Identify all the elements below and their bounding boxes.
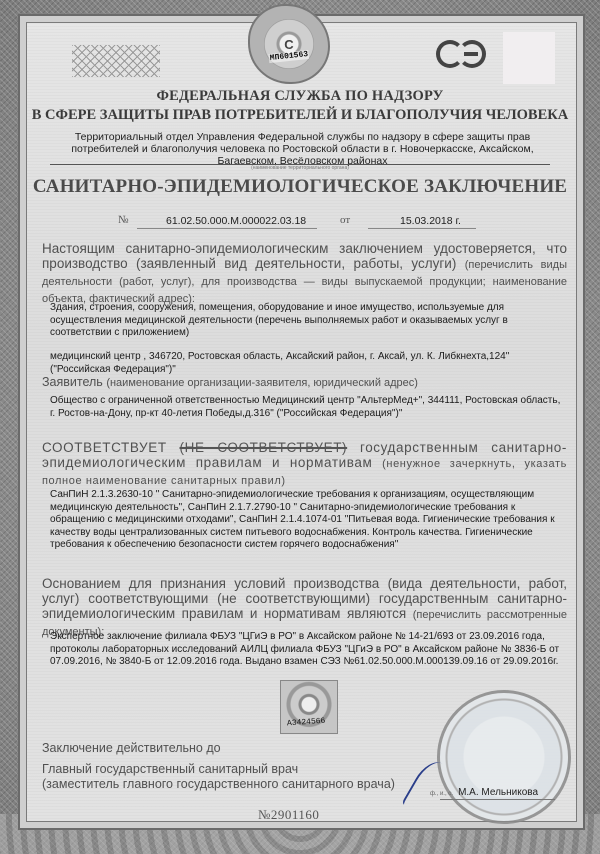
agency-name-line2: В СФЕРЕ ЗАЩИТЫ ПРАВ ПОТРЕБИТЕЛЕЙ И БЛАГО… [0, 107, 600, 124]
form-number: №2901160 [258, 807, 319, 823]
signature-rule [440, 799, 555, 800]
complies-text: СООТВЕТСТВУЕТ [42, 440, 167, 455]
document-title: САНИТАРНО-ЭПИДЕМИОЛОГИЧЕСКОЕ ЗАКЛЮЧЕНИЕ [0, 176, 600, 198]
date-label: от [340, 214, 350, 226]
activity-value: Здания, строения, сооружения, помещения,… [50, 302, 565, 340]
signer-hint: ф., и., о. [430, 791, 453, 797]
applicant-label: Заявитель (наименование организации-заяв… [42, 375, 567, 391]
sanitary-rules: СанПиН 2.1.3.2630-10 " Санитарно-эпидеми… [50, 489, 565, 552]
signer-name: М.А. Мельникова [458, 787, 538, 798]
official-seal-icon [437, 690, 571, 824]
activity-address: медицинский центр , 346720, Ростовская о… [50, 351, 565, 376]
document-number: 61.02.50.000.М.000022.03.18 [166, 215, 306, 227]
emblem-letter: С [284, 37, 293, 52]
hologram-emblem-icon: С МП601563 [248, 4, 330, 84]
not-complies-struck: (НЕ СООТВЕТСТВУЕТ) [180, 440, 348, 455]
agency-name-line1: ФЕДЕРАЛЬНАЯ СЛУЖБА ПО НАДЗОРУ [0, 88, 600, 105]
territorial-body: Территориальный отдел Управления Федерал… [45, 131, 560, 167]
blank-stamp-area [503, 32, 555, 84]
applicant-hint: (наименование организации-заявителя, юри… [106, 377, 418, 389]
signer-name-line: ф., и., о. М.А. Мельникова [430, 787, 538, 798]
security-pattern [72, 45, 160, 77]
valid-until-label: Заключение действительно до [42, 741, 567, 756]
territorial-caption: (наименование территориального органа) [0, 165, 600, 171]
basis-documents: Экспертное заключение филиала ФБУЗ "ЦГиЭ… [50, 631, 565, 669]
signer-title: Главный государственный санитарный врач [42, 762, 567, 777]
compliance-statement: СООТВЕТСТВУЕТ (НЕ СООТВЕТСТВУЕТ) государ… [42, 440, 567, 489]
number-label: № [118, 214, 129, 226]
applicant-value: Общество с ограниченной ответственностью… [50, 395, 565, 420]
activity-lead: Настоящим санитарно-эпидемиологическим з… [42, 241, 567, 307]
document-number-row: № 61.02.50.000.М.000022.03.18 от 15.03.2… [0, 214, 600, 230]
document-date: 15.03.2018 г. [400, 215, 461, 227]
hologram-serial: А3424566 [287, 717, 326, 729]
se-logo-icon [434, 38, 490, 72]
emblem-serial: МП601563 [268, 50, 309, 63]
hologram-sticker-icon: А3424566 [280, 680, 338, 734]
